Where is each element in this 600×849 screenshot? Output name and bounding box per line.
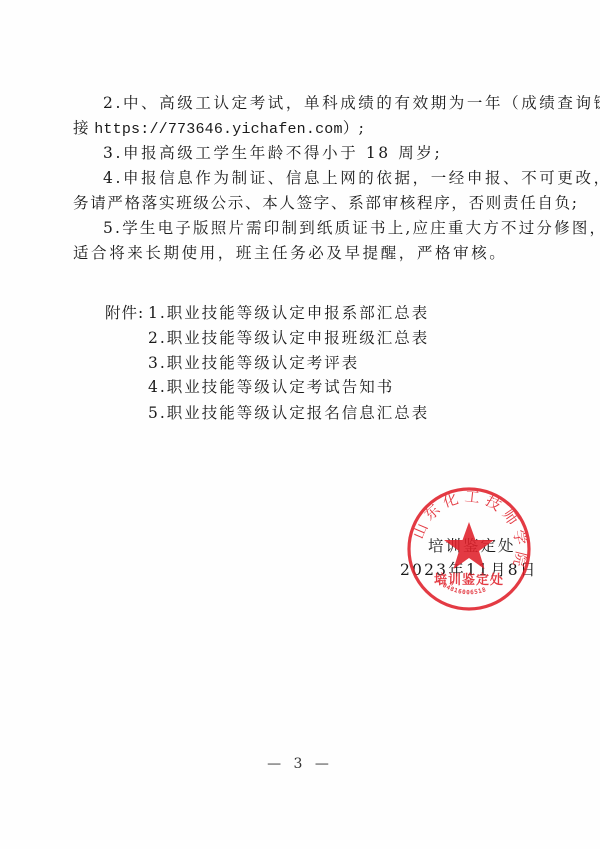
attachment-item-1: 1.职业技能等级认定申报系部汇总表 (148, 303, 429, 323)
item-2-line-1: 2.中、高级工认定考试，单科成绩的有效期为一年（成绩查询链 (103, 93, 600, 113)
item-5-line-1: 5.学生电子版照片需印制到纸质证书上,应庄重大方不过分修图， (103, 218, 600, 238)
item-3-line-1: 3.申报高级工学生年龄不得小于 18 周岁; (103, 143, 442, 163)
url-prefix: 接 (73, 119, 94, 137)
url-suffix: ）; (343, 119, 365, 137)
attachments-label: 附件: (105, 303, 144, 323)
score-query-link[interactable]: https://773646.yichafen.com (94, 121, 342, 138)
official-seal-icon: 山东化工技师学院 培训鉴定处 3704816006518 (404, 484, 534, 614)
document-page: 2.中、高级工认定考试，单科成绩的有效期为一年（成绩查询链 接 https://… (0, 0, 600, 849)
item-2-line-2: 接 https://773646.yichafen.com）; (73, 118, 364, 140)
item-4-line-1: 4.申报信息作为制证、信息上网的依据，一经申报、不可更改， (103, 168, 600, 188)
attachment-item-5: 5.职业技能等级认定报名信息汇总表 (148, 403, 429, 423)
item-5-line-2: 适合将来长期使用，班主任务必及早提醒，严格审核。 (73, 243, 507, 263)
attachment-item-4: 4.职业技能等级认定考试告知书 (148, 377, 394, 397)
item-4-line-2: 务请严格落实班级公示、本人签字、系部审核程序，否则责任自负; (73, 193, 579, 213)
attachment-item-2: 2.职业技能等级认定申报班级汇总表 (148, 328, 429, 348)
page-number: — 3 — (0, 756, 600, 772)
attachment-item-3: 3.职业技能等级认定考评表 (148, 353, 359, 373)
